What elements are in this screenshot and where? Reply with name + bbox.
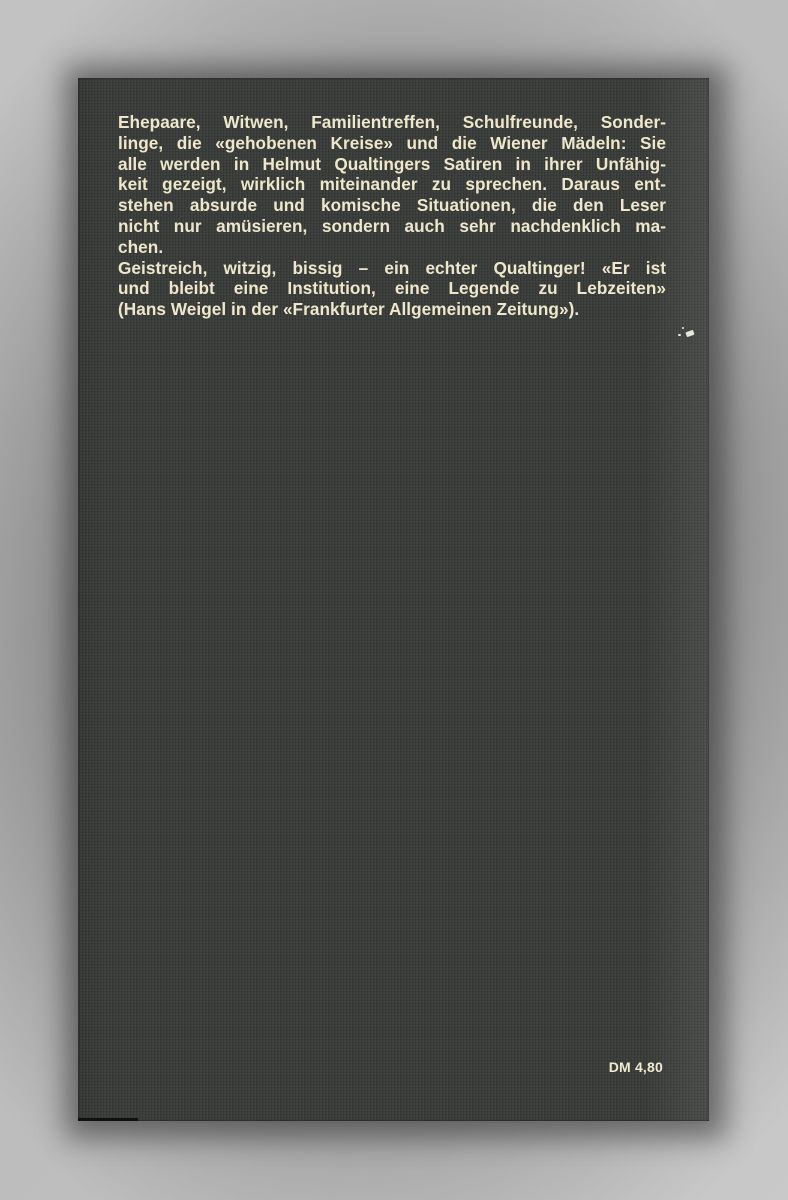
blurb-line: und bleibt eine Institution, eine Legend…	[118, 278, 666, 299]
price-label: DM 4,80	[609, 1059, 663, 1075]
cover-blemish	[678, 334, 681, 336]
corner-wear	[78, 1118, 138, 1121]
blurb-line: Ehepaare, Witwen, Familientreffen, Schul…	[118, 112, 666, 133]
cover-blemish	[682, 327, 684, 329]
book-back-cover: Ehepaare, Witwen, Familientreffen, Schul…	[78, 78, 709, 1121]
blurb-line: alle werden in Helmut Qualtingers Satire…	[118, 154, 666, 175]
blurb-line: linge, die «gehobenen Kreise» und die Wi…	[118, 133, 666, 154]
blurb-text: Ehepaare, Witwen, Familientreffen, Schul…	[118, 112, 666, 320]
cover-blemish	[685, 330, 694, 337]
blurb-line: stehen absurde und komische Situationen,…	[118, 195, 666, 216]
blurb-line: nicht nur amüsieren, sondern auch sehr n…	[118, 216, 666, 237]
blurb-line: keit gezeigt, wirklich miteinander zu sp…	[118, 174, 666, 195]
blurb-line: chen.	[118, 237, 666, 258]
blurb-line: (Hans Weigel in der «Frankfurter Allgeme…	[118, 299, 666, 320]
blurb-line: Geistreich, witzig, bissig – ein echter …	[118, 258, 666, 279]
